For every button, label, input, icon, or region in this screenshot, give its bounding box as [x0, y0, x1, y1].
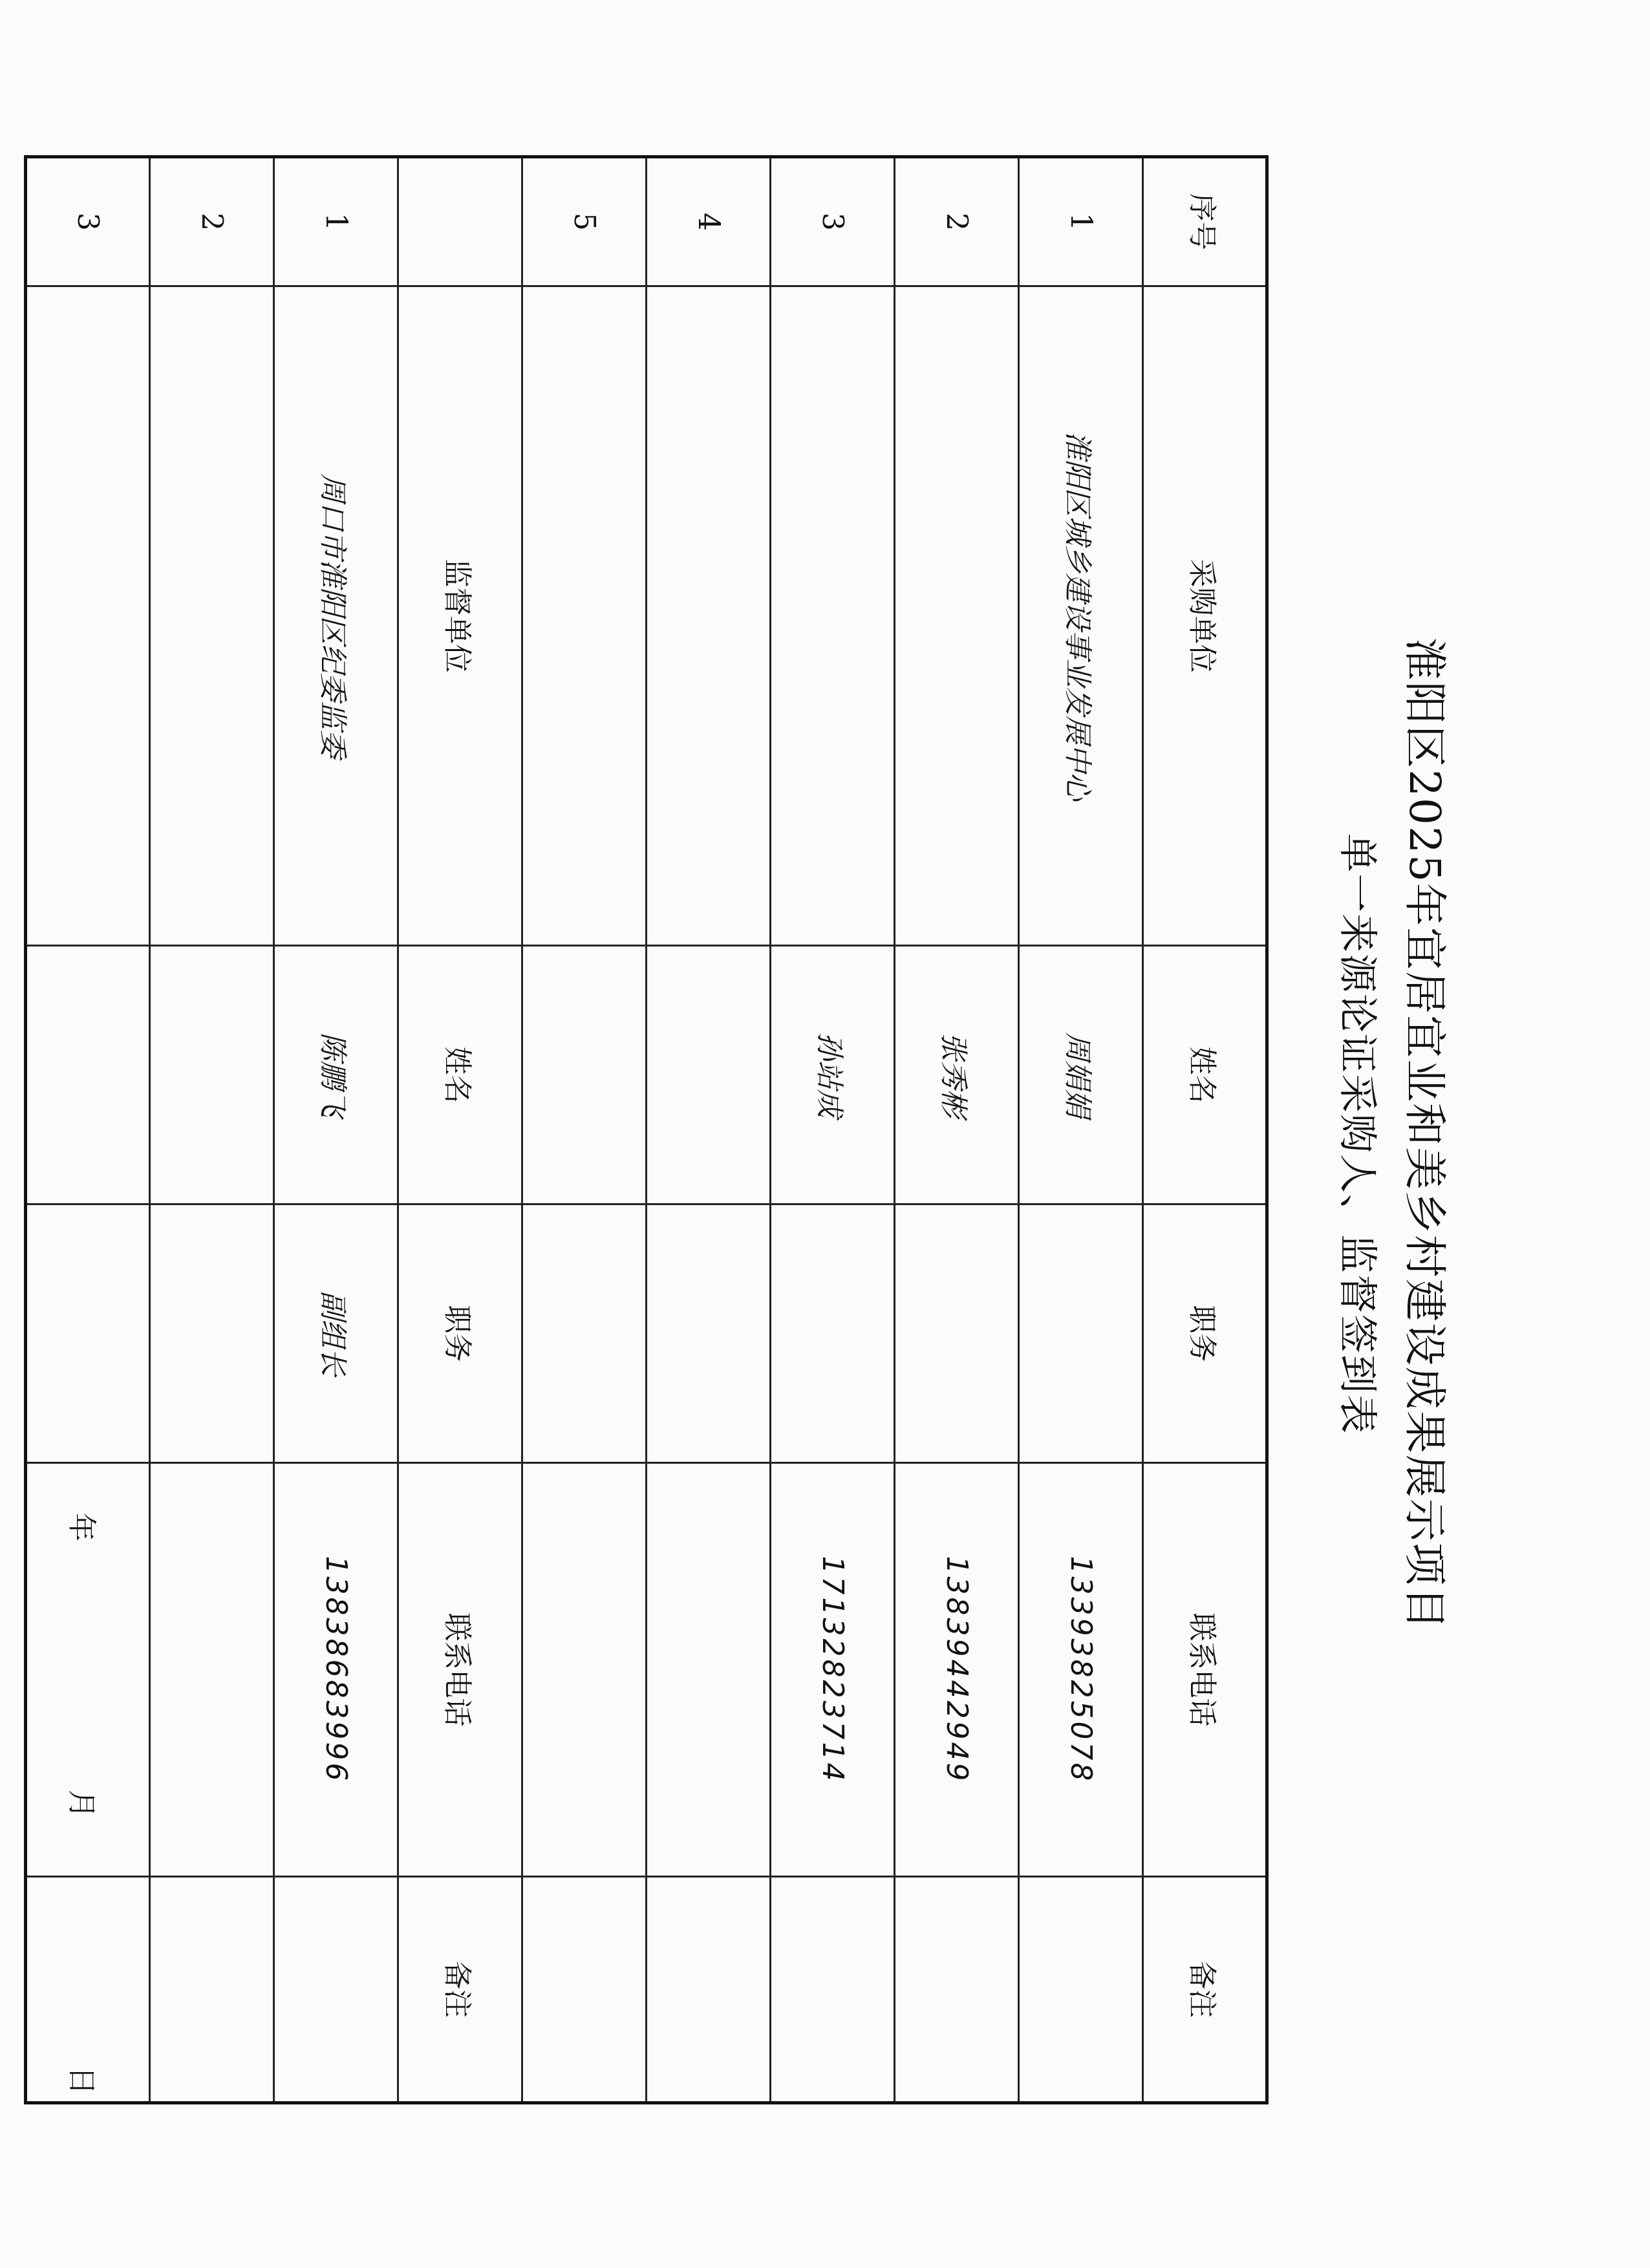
purchaser-name-cell[interactable] — [647, 946, 771, 1204]
supervision-header-cell: 备注 — [398, 1877, 522, 2103]
purchaser-phone-cell[interactable]: 13839442949 — [895, 1463, 1019, 1877]
date-line: 年 月 日 — [63, 1513, 105, 2095]
purchaser-no-cell[interactable]: 3 — [771, 157, 895, 286]
date-day: 日 — [63, 2066, 105, 2095]
purchaser-header-cell: 序号 — [1143, 157, 1267, 286]
purchaser-unit-cell[interactable] — [771, 286, 895, 946]
supervision-position-cell[interactable] — [26, 1204, 150, 1463]
purchaser-header-cell: 联系电话 — [1143, 1463, 1267, 1877]
purchaser-row: 5 — [522, 157, 647, 2103]
purchaser-phone-cell[interactable]: 13393825078 — [1019, 1463, 1143, 1877]
purchaser-name-cell[interactable]: 孙站成 — [771, 946, 895, 1204]
supervision-header-cell: 职务 — [398, 1204, 522, 1463]
supervision-name-cell[interactable] — [26, 946, 150, 1204]
date-year: 年 — [63, 1513, 105, 1541]
purchaser-name-cell[interactable] — [522, 946, 647, 1204]
supervision-no-cell[interactable]: 1 — [274, 157, 398, 286]
purchaser-phone-cell[interactable]: 17132823714 — [771, 1463, 895, 1877]
document-subtitle: 单一来源论证采购人、监督签到表 — [1333, 0, 1388, 2268]
purchaser-remark-cell[interactable] — [522, 1877, 647, 2103]
purchaser-row: 2张秀彬13839442949 — [895, 157, 1019, 2103]
supervision-row: 2 — [150, 157, 274, 2103]
document-title: 淮阳区2025年宜居宜业和美乡村建设成果展示项目 — [1398, 0, 1459, 2268]
sign-in-sheet-page: 淮阳区2025年宜居宜业和美乡村建设成果展示项目 单一来源论证采购人、监督签到表… — [0, 0, 1650, 2268]
supervision-phone-cell[interactable] — [150, 1463, 274, 1877]
sign-in-table: 序号采购单位姓名职务联系电话备注1淮阳区城乡建设事业发展中心周娟娟1339382… — [24, 155, 1269, 2104]
purchaser-row: 4 — [647, 157, 771, 2103]
purchaser-position-cell[interactable] — [522, 1204, 647, 1463]
purchaser-position-cell[interactable] — [771, 1204, 895, 1463]
purchaser-row: 3孙站成17132823714 — [771, 157, 895, 2103]
purchaser-position-cell[interactable] — [647, 1204, 771, 1463]
supervision-header-cell: 监督单位 — [398, 286, 522, 946]
supervision-header-row: 监督单位姓名职务联系电话备注 — [398, 157, 522, 2103]
purchaser-remark-cell[interactable] — [1019, 1877, 1143, 2103]
purchaser-unit-cell[interactable] — [647, 286, 771, 946]
supervision-phone-cell[interactable]: 13838683996 — [274, 1463, 398, 1877]
supervision-unit-cell[interactable] — [26, 286, 150, 946]
date-month: 月 — [63, 1790, 105, 1818]
purchaser-phone-cell[interactable] — [647, 1463, 771, 1877]
purchaser-phone-cell[interactable] — [522, 1463, 647, 1877]
purchaser-remark-cell[interactable] — [771, 1877, 895, 2103]
supervision-name-cell[interactable] — [150, 946, 274, 1204]
supervision-header-cell — [398, 157, 522, 286]
purchaser-header-cell: 采购单位 — [1143, 286, 1267, 946]
supervision-no-cell[interactable]: 2 — [150, 157, 274, 286]
supervision-header-cell: 姓名 — [398, 946, 522, 1204]
purchaser-unit-cell[interactable]: 淮阳区城乡建设事业发展中心 — [1019, 286, 1143, 946]
purchaser-header-cell: 姓名 — [1143, 946, 1267, 1204]
supervision-remark-cell[interactable] — [274, 1877, 398, 2103]
supervision-unit-cell[interactable]: 周口市淮阳区纪委监委 — [274, 286, 398, 946]
supervision-no-cell[interactable]: 3 — [26, 157, 150, 286]
purchaser-position-cell[interactable] — [1019, 1204, 1143, 1463]
supervision-row: 1周口市淮阳区纪委监委陈鹏飞副组长13838683996 — [274, 157, 398, 2103]
purchaser-name-cell[interactable]: 张秀彬 — [895, 946, 1019, 1204]
supervision-name-cell[interactable]: 陈鹏飞 — [274, 946, 398, 1204]
purchaser-header-cell: 职务 — [1143, 1204, 1267, 1463]
purchaser-no-cell[interactable]: 5 — [522, 157, 647, 286]
supervision-position-cell[interactable] — [150, 1204, 274, 1463]
purchaser-header-cell: 备注 — [1143, 1877, 1267, 2103]
supervision-position-cell[interactable]: 副组长 — [274, 1204, 398, 1463]
purchaser-no-cell[interactable]: 2 — [895, 157, 1019, 286]
purchaser-position-cell[interactable] — [895, 1204, 1019, 1463]
purchaser-no-cell[interactable]: 4 — [647, 157, 771, 286]
purchaser-name-cell[interactable]: 周娟娟 — [1019, 946, 1143, 1204]
supervision-header-cell: 联系电话 — [398, 1463, 522, 1877]
supervision-remark-cell[interactable] — [150, 1877, 274, 2103]
purchaser-unit-cell[interactable] — [895, 286, 1019, 946]
purchaser-unit-cell[interactable] — [522, 286, 647, 946]
purchaser-row: 1淮阳区城乡建设事业发展中心周娟娟13393825078 — [1019, 157, 1143, 2103]
purchaser-remark-cell[interactable] — [895, 1877, 1019, 2103]
purchaser-remark-cell[interactable] — [647, 1877, 771, 2103]
purchaser-no-cell[interactable]: 1 — [1019, 157, 1143, 286]
supervision-unit-cell[interactable] — [150, 286, 274, 946]
purchaser-header-row: 序号采购单位姓名职务联系电话备注 — [1143, 157, 1267, 2103]
